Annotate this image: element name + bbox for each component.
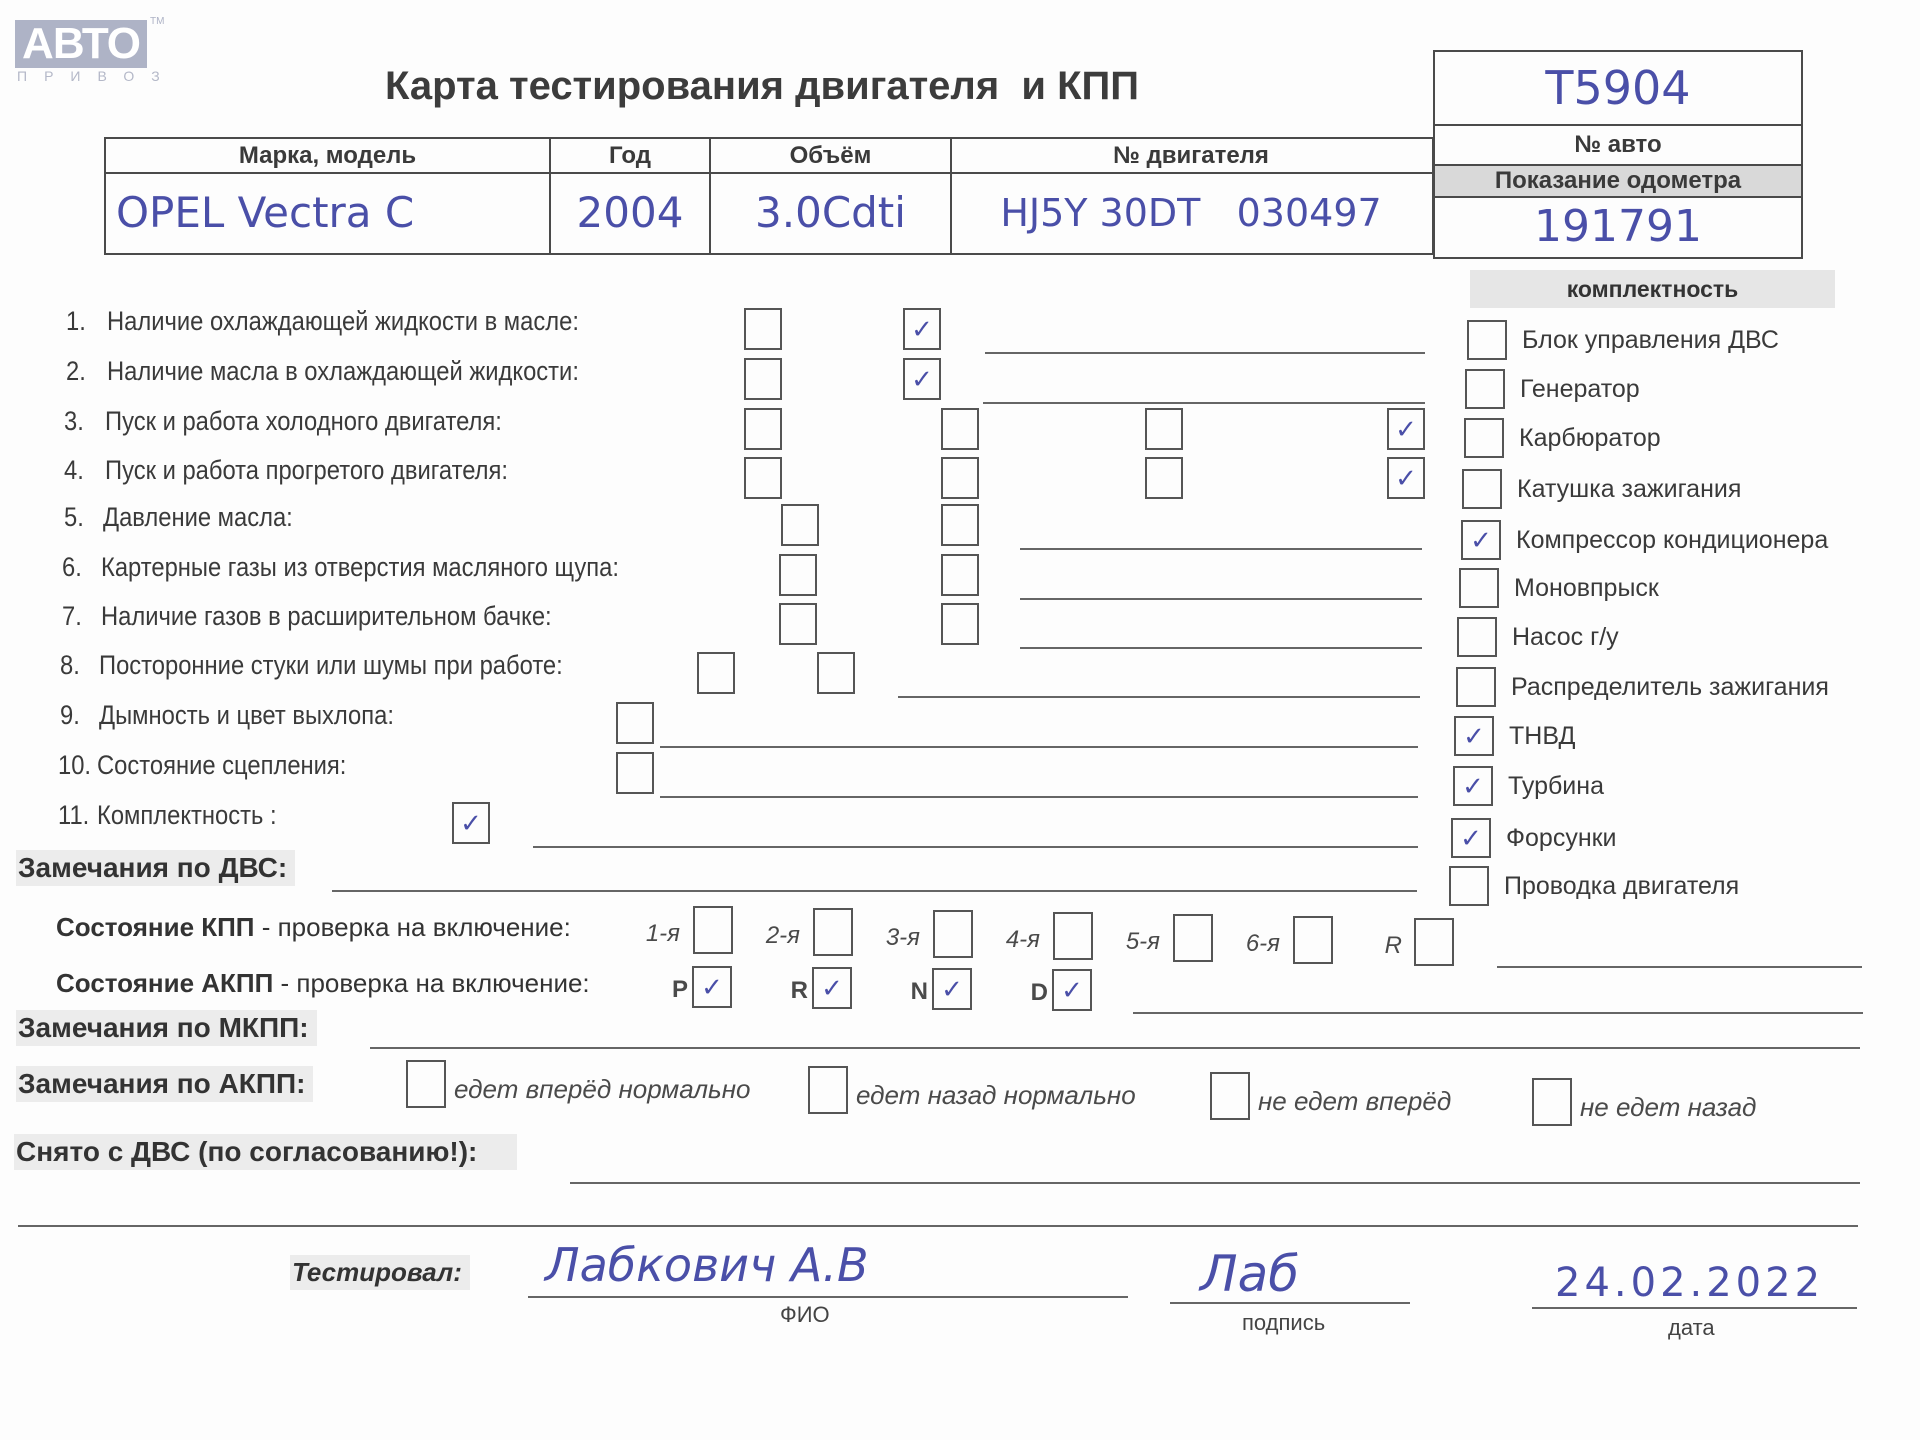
option-checkbox[interactable] bbox=[941, 554, 979, 596]
date-value[interactable]: 24.02.2022 bbox=[1555, 1260, 1824, 1306]
checklist-number: 2. bbox=[66, 356, 86, 387]
odometer-label: Показание одометра bbox=[1435, 166, 1801, 196]
gear-label: 2-я bbox=[766, 922, 800, 950]
gear-checkbox[interactable] bbox=[933, 910, 973, 958]
gear-label: 3-я bbox=[886, 924, 920, 952]
auto-remark-checkbox[interactable] bbox=[406, 1060, 446, 1108]
notes-line[interactable] bbox=[985, 352, 1425, 354]
check-mark-icon: ✓ bbox=[1061, 975, 1083, 1006]
gear-label: R bbox=[1385, 932, 1402, 960]
checklist-question: Комплектность : bbox=[97, 800, 277, 831]
name-caption: ФИО bbox=[780, 1302, 830, 1328]
gear-label: R bbox=[791, 977, 808, 1005]
check-mark-icon: ✓ bbox=[821, 973, 843, 1004]
gear-checkbox[interactable] bbox=[813, 908, 853, 956]
notes-line[interactable] bbox=[983, 402, 1425, 404]
check-mark-icon: ✓ bbox=[1462, 771, 1484, 802]
option-checkbox[interactable] bbox=[697, 652, 735, 694]
manual-gearbox-label: Состояние КПП - проверка на включение: bbox=[56, 912, 571, 943]
gear-checkbox[interactable] bbox=[1414, 918, 1454, 966]
gear-label: D bbox=[1031, 979, 1048, 1007]
date-caption: дата bbox=[1668, 1315, 1715, 1341]
option-checkbox[interactable] bbox=[781, 504, 819, 546]
check-mark-icon: ✓ bbox=[701, 972, 723, 1003]
completeness-checkbox[interactable] bbox=[1464, 418, 1504, 458]
check-mark-icon: ✓ bbox=[1395, 463, 1417, 494]
check-mark-icon: ✓ bbox=[911, 364, 933, 395]
auto-remark-checkbox[interactable] bbox=[808, 1066, 848, 1114]
gear-checkbox[interactable] bbox=[1293, 916, 1333, 964]
auto-remark-label: не едет назад bbox=[1580, 1092, 1756, 1123]
volume-value[interactable]: 3.0Cdti bbox=[711, 174, 950, 251]
column-header-year: Год bbox=[551, 139, 709, 172]
completeness-checkbox[interactable] bbox=[1456, 667, 1496, 707]
checklist-question: Пуск и работа холодного двигателя: bbox=[105, 406, 502, 437]
completeness-checkbox[interactable] bbox=[1459, 568, 1499, 608]
auto-gearbox-desc: - проверка на включение: bbox=[273, 968, 589, 998]
completeness-checkbox[interactable] bbox=[1467, 320, 1507, 360]
completeness-label: Турбина bbox=[1508, 772, 1604, 801]
odometer-value[interactable]: 191791 bbox=[1435, 198, 1801, 255]
auto-remark-checkbox[interactable] bbox=[1210, 1072, 1250, 1120]
auto-gearbox-label: Состояние АКПП - проверка на включение: bbox=[56, 968, 590, 999]
gear-checkbox[interactable]: ✓ bbox=[812, 967, 852, 1009]
auto-remarks-label: Замечания по АКПП: bbox=[16, 1066, 313, 1102]
ice-remarks-label: Замечания по ДВС: bbox=[16, 850, 295, 886]
make-model-value[interactable]: OPEL Vectra C bbox=[116, 174, 546, 251]
gear-checkbox[interactable] bbox=[693, 906, 733, 954]
checklist-number: 7. bbox=[62, 601, 82, 632]
completeness-label: Распределитель зажигания bbox=[1511, 673, 1829, 702]
car-info-box: T5904 № авто Показание одометра 191791 bbox=[1433, 50, 1803, 259]
signature-value[interactable]: Лаб bbox=[1200, 1245, 1299, 1303]
auto-remark-label: не едет вперёд bbox=[1258, 1086, 1451, 1117]
ice-remarks-field[interactable] bbox=[332, 890, 1417, 892]
checklist-number: 8. bbox=[60, 650, 80, 681]
completeness-title: комплектность bbox=[1567, 276, 1739, 303]
checklist-question: Наличие масла в охлаждающей жидкости: bbox=[107, 356, 579, 387]
signature-field[interactable] bbox=[1170, 1302, 1410, 1304]
signature-caption: подпись bbox=[1242, 1310, 1325, 1336]
completeness-label: Генератор bbox=[1520, 375, 1640, 404]
gear-label: 6-я bbox=[1246, 930, 1280, 958]
gear-label: 1-я bbox=[646, 920, 680, 948]
manual-remarks-label: Замечания по МКПП: bbox=[16, 1010, 317, 1046]
gear-label: 5-я bbox=[1126, 928, 1160, 956]
option-checkbox[interactable]: ✓ bbox=[452, 802, 490, 844]
checklist-question: Давление масла: bbox=[103, 502, 293, 533]
checklist-number: 4. bbox=[64, 455, 84, 486]
manual-gearbox-notes-field[interactable] bbox=[1497, 966, 1862, 968]
checklist-number: 3. bbox=[64, 406, 84, 437]
notes-line[interactable] bbox=[898, 696, 1420, 698]
option-checkbox[interactable] bbox=[744, 308, 782, 350]
check-mark-icon: ✓ bbox=[1470, 525, 1492, 556]
option-checkbox[interactable] bbox=[941, 504, 979, 546]
logo-subtitle: ПРИВОЗ bbox=[17, 68, 177, 84]
option-checkbox[interactable] bbox=[1145, 457, 1183, 499]
completeness-checkbox[interactable] bbox=[1465, 369, 1505, 409]
manual-gearbox-title: Состояние КПП bbox=[56, 912, 255, 942]
checklist-question: Наличие газов в расширительном бачке: bbox=[101, 601, 552, 632]
gear-checkbox[interactable]: ✓ bbox=[692, 966, 732, 1008]
check-mark-icon: ✓ bbox=[911, 314, 933, 345]
option-checkbox[interactable] bbox=[779, 603, 817, 645]
completeness-label: ТНВД bbox=[1509, 722, 1575, 751]
completeness-checkbox[interactable] bbox=[1449, 866, 1489, 906]
check-mark-icon: ✓ bbox=[1463, 721, 1485, 752]
gear-checkbox[interactable]: ✓ bbox=[1052, 969, 1092, 1011]
gear-checkbox[interactable] bbox=[1053, 912, 1093, 960]
completeness-label: Компрессор кондиционера bbox=[1516, 526, 1828, 555]
checklist-question: Посторонние стуки или шумы при работе: bbox=[99, 650, 563, 681]
auto-gearbox-notes-field[interactable] bbox=[1133, 1012, 1863, 1014]
option-checkbox[interactable] bbox=[744, 358, 782, 400]
auto-remark-label: едет вперёд нормально bbox=[454, 1074, 750, 1105]
removed-parts-field[interactable] bbox=[570, 1182, 1860, 1184]
completeness-label: Блок управления ДВС bbox=[1522, 326, 1779, 355]
completeness-label: Моновпрыск bbox=[1514, 574, 1659, 603]
column-header-engine-number: № двигателя bbox=[952, 139, 1430, 172]
auto-remark-checkbox[interactable] bbox=[1532, 1078, 1572, 1126]
car-number-value[interactable]: T5904 bbox=[1435, 52, 1801, 124]
option-checkbox[interactable] bbox=[1145, 408, 1183, 450]
option-checkbox[interactable] bbox=[616, 752, 654, 794]
checklist-question: Пуск и работа прогретого двигателя: bbox=[105, 455, 508, 486]
gear-checkbox[interactable]: ✓ bbox=[932, 968, 972, 1010]
tester-name-value[interactable]: Лабкович А.В bbox=[545, 1238, 869, 1292]
completeness-checkbox[interactable] bbox=[1457, 617, 1497, 657]
notes-line[interactable] bbox=[660, 746, 1418, 748]
option-checkbox[interactable] bbox=[744, 457, 782, 499]
completeness-label: Насос г/у bbox=[1512, 623, 1619, 652]
page-title: Карта тестирования двигателя и КПП bbox=[385, 64, 1139, 109]
completeness-checkbox[interactable]: ✓ bbox=[1454, 716, 1494, 756]
removed-parts-label: Снято с ДВС (по согласованию!): bbox=[14, 1134, 517, 1170]
option-checkbox[interactable] bbox=[941, 408, 979, 450]
notes-line[interactable] bbox=[1020, 598, 1422, 600]
completeness-checkbox[interactable]: ✓ bbox=[1453, 766, 1493, 806]
option-checkbox[interactable] bbox=[744, 408, 782, 450]
checklist-question: Картерные газы из отверстия масляного щу… bbox=[101, 552, 619, 583]
checklist-question: Дымность и цвет выхлопа: bbox=[99, 700, 394, 731]
tester-name-field[interactable] bbox=[528, 1296, 1128, 1298]
option-checkbox[interactable]: ✓ bbox=[903, 308, 941, 350]
checklist-number: 6. bbox=[62, 552, 82, 583]
checklist-number: 5. bbox=[64, 502, 84, 533]
completeness-checkbox[interactable]: ✓ bbox=[1451, 818, 1491, 858]
auto-remark-label: едет назад нормально bbox=[856, 1080, 1136, 1111]
manual-remarks-field[interactable] bbox=[370, 1047, 1860, 1049]
check-mark-icon: ✓ bbox=[460, 808, 482, 839]
completeness-checkbox[interactable]: ✓ bbox=[1461, 520, 1501, 560]
gear-label: 4-я bbox=[1006, 926, 1040, 954]
gear-label: P bbox=[672, 976, 688, 1004]
completeness-label: Карбюратор bbox=[1519, 424, 1661, 453]
column-header-make-model: Марка, модель bbox=[106, 139, 549, 172]
removed-parts-field-2[interactable] bbox=[18, 1225, 1858, 1227]
notes-line[interactable] bbox=[1020, 548, 1422, 550]
option-checkbox[interactable] bbox=[941, 457, 979, 499]
gear-checkbox[interactable] bbox=[1173, 914, 1213, 962]
checklist-number: 9. bbox=[60, 700, 80, 731]
gear-label: N bbox=[911, 978, 928, 1006]
manual-gearbox-desc: - проверка на включение: bbox=[255, 912, 571, 942]
notes-line[interactable] bbox=[533, 846, 1418, 848]
completeness-header: комплектность bbox=[1470, 270, 1835, 308]
checklist-number: 11. bbox=[58, 800, 89, 831]
checklist-question: Наличие охлаждающей жидкости в масле: bbox=[107, 306, 579, 337]
completeness-label: Катушка зажигания bbox=[1517, 475, 1741, 504]
avtoprivoz-logo: АВТО bbox=[15, 20, 147, 68]
notes-line[interactable] bbox=[660, 796, 1418, 798]
option-checkbox[interactable] bbox=[941, 603, 979, 645]
auto-gearbox-title: Состояние АКПП bbox=[56, 968, 273, 998]
check-mark-icon: ✓ bbox=[1395, 414, 1417, 445]
column-header-volume: Объём bbox=[711, 139, 950, 172]
completeness-label: Проводка двигателя bbox=[1504, 872, 1739, 901]
logo-trademark: TM bbox=[150, 16, 164, 27]
car-number-label: № авто bbox=[1435, 126, 1801, 164]
checklist-question: Состояние сцепления: bbox=[97, 750, 346, 781]
completeness-checkbox[interactable] bbox=[1462, 469, 1502, 509]
year-value[interactable]: 2004 bbox=[551, 174, 709, 251]
vehicle-info-table: Марка, модель Год Объём № двигателя OPEL… bbox=[104, 137, 1434, 255]
option-checkbox[interactable]: ✓ bbox=[1387, 457, 1425, 499]
option-checkbox[interactable]: ✓ bbox=[903, 358, 941, 400]
checklist-number: 10. bbox=[58, 750, 91, 781]
check-mark-icon: ✓ bbox=[941, 974, 963, 1005]
completeness-label: Форсунки bbox=[1506, 824, 1617, 853]
option-checkbox[interactable] bbox=[817, 652, 855, 694]
option-checkbox[interactable]: ✓ bbox=[1387, 408, 1425, 450]
option-checkbox[interactable] bbox=[779, 554, 817, 596]
notes-line[interactable] bbox=[1020, 647, 1422, 649]
check-mark-icon: ✓ bbox=[1460, 823, 1482, 854]
engine-number-value[interactable]: HJ5Y 30DT 030497 bbox=[952, 174, 1430, 251]
tested-by-label: Тестировал: bbox=[290, 1255, 470, 1290]
option-checkbox[interactable] bbox=[616, 702, 654, 744]
date-field[interactable] bbox=[1532, 1307, 1857, 1309]
checklist-number: 1. bbox=[66, 306, 86, 337]
